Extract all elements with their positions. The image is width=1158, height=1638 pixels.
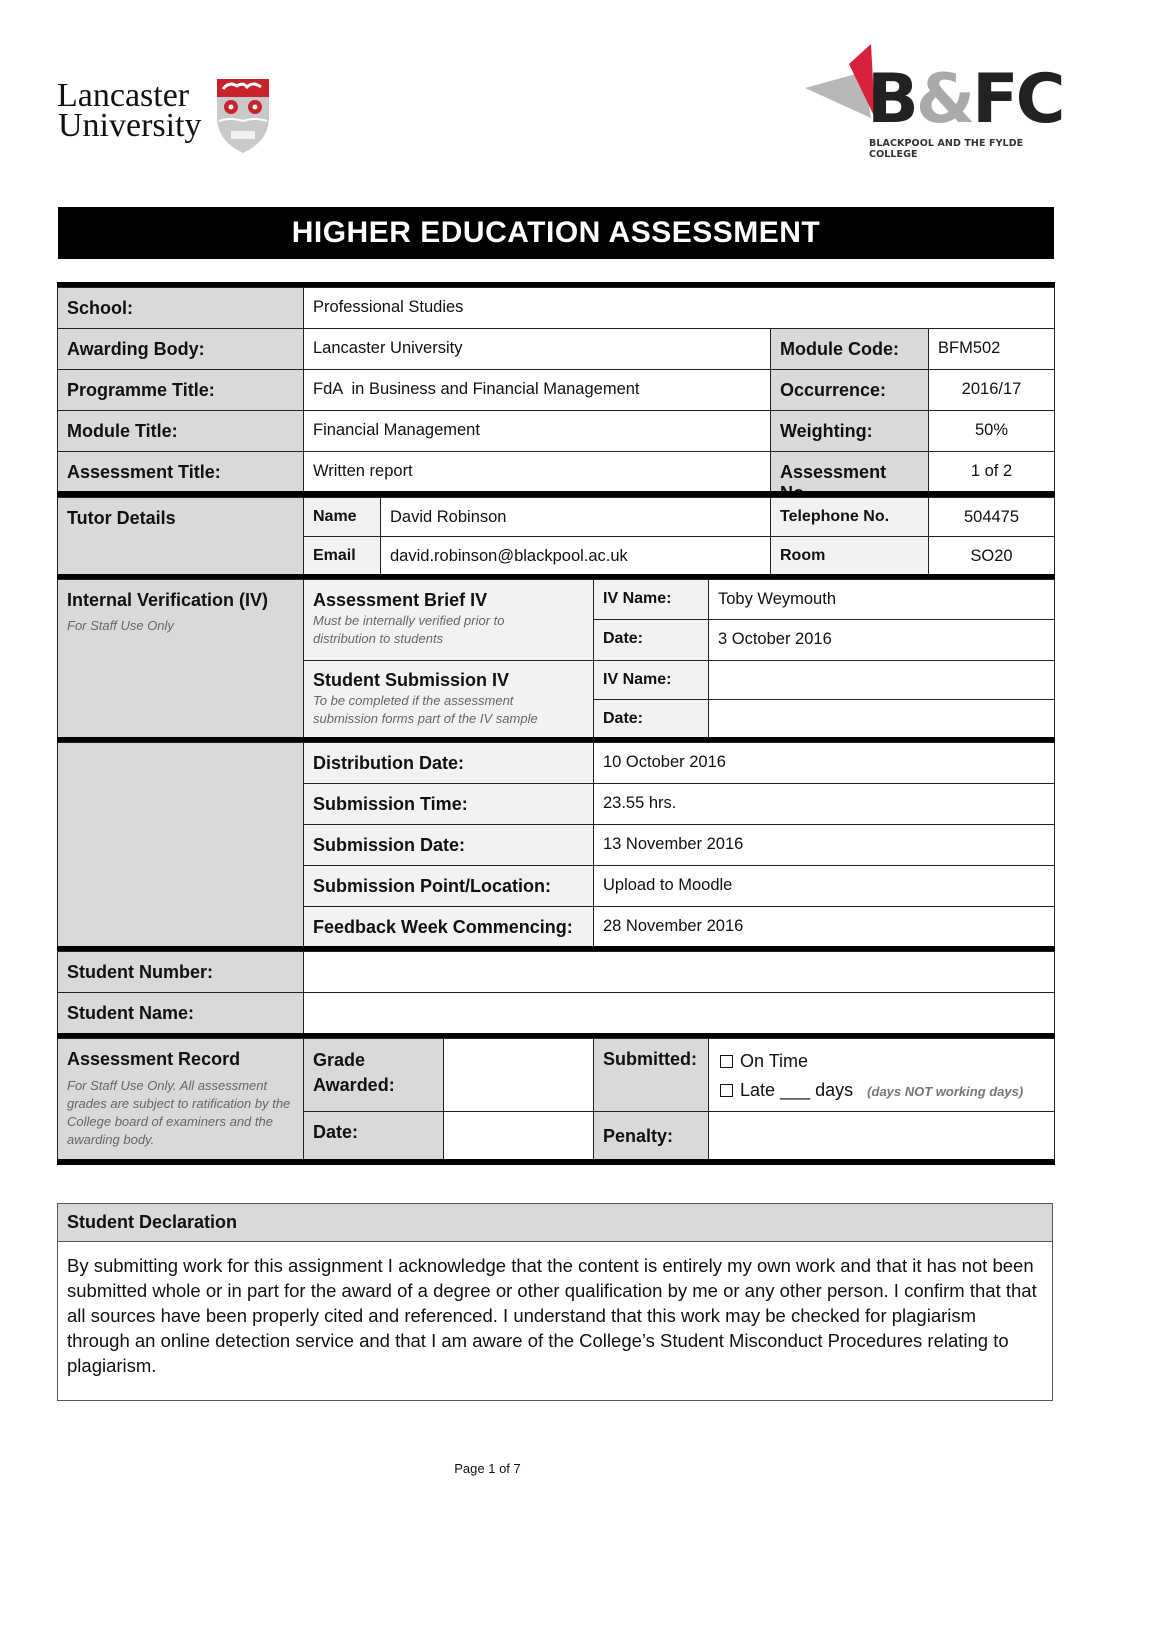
assessment-record-note: For Staff Use Only. All assessment grade… [67, 1077, 294, 1149]
penalty-label: Penalty: [593, 1111, 709, 1161]
tutor-name-value: David Robinson [380, 497, 771, 537]
tutor-details-label: Tutor Details [57, 497, 304, 575]
student-number-label: Student Number: [57, 951, 304, 993]
assessment-title-label: Assessment Title: [57, 451, 304, 493]
awarding-body-label: Awarding Body: [57, 328, 304, 370]
late-option[interactable]: Late ___ days (days NOT working days) [720, 1076, 1043, 1106]
lancaster-crest-icon [215, 77, 271, 155]
grade-awarded-label-text: Grade Awarded: [313, 1048, 403, 1098]
late-checkbox[interactable] [720, 1084, 733, 1097]
grade-awarded-field[interactable] [443, 1038, 594, 1112]
assessment-no-label: Assessment No. [770, 451, 929, 493]
brief-iv-date-label: Date: [593, 619, 709, 661]
brief-iv-name-value: Toby Weymouth [708, 579, 1055, 620]
school-label: School: [57, 287, 304, 329]
table-bottom-rule [57, 1159, 1055, 1165]
record-date-field[interactable] [443, 1111, 594, 1161]
iv-heading: Internal Verification (IV) [67, 590, 294, 611]
bfc-logo: B&FC BLACKPOOL AND THE FYLDE COLLEGE [805, 42, 1060, 154]
submission-iv-name-field[interactable] [708, 660, 1055, 700]
on-time-option[interactable]: On Time [720, 1047, 1043, 1076]
programme-title-value: FdA in Business and Financial Management [303, 369, 771, 411]
declaration-heading: Student Declaration [57, 1203, 1053, 1242]
room-value: SO20 [928, 536, 1055, 575]
page-number: Page 1 of 7 [0, 1461, 975, 1476]
assessment-record-section: Assessment Record For Staff Use Only. Al… [57, 1038, 304, 1161]
weighting-value: 50% [928, 410, 1055, 452]
programme-title-label: Programme Title: [57, 369, 304, 411]
date-row-value: 23.55 hrs. [593, 783, 1055, 825]
bfc-logo-b: B [867, 60, 916, 139]
telephone-value: 504475 [928, 497, 1055, 537]
brief-iv-date-value: 3 October 2016 [708, 619, 1055, 661]
late-days-note: (days NOT working days) [867, 1084, 1023, 1099]
bfc-logo-text: B&FC [867, 70, 1063, 130]
school-value: Professional Studies [303, 287, 1055, 329]
dates-section-spacer [57, 742, 304, 948]
assessment-record-heading: Assessment Record [67, 1049, 294, 1070]
telephone-label: Telephone No. [770, 497, 929, 537]
assessment-brief-iv-title: Assessment Brief IV [313, 590, 584, 611]
date-row-label: Distribution Date: [303, 742, 594, 784]
date-row-value: 10 October 2016 [593, 742, 1055, 784]
lancaster-logo: Lancaster University [57, 80, 272, 158]
tutor-email-label: Email [303, 536, 381, 575]
student-submission-iv: Student Submission IV To be completed if… [303, 660, 594, 739]
assessment-no-value: 1 of 2 [928, 451, 1055, 493]
grade-awarded-label: Grade Awarded: [303, 1038, 444, 1112]
tutor-email-value[interactable]: david.robinson@blackpool.ac.uk [380, 536, 771, 575]
date-row-label: Submission Time: [303, 783, 594, 825]
late-label: Late [740, 1080, 775, 1100]
page-title-text: HIGHER EDUCATION ASSESSMENT [292, 216, 821, 249]
module-title-label: Module Title: [57, 410, 304, 452]
late-days-label: days [815, 1080, 853, 1100]
module-title-value: Financial Management [303, 410, 771, 452]
late-days-blank[interactable]: ___ [780, 1080, 810, 1100]
module-code-label: Module Code: [770, 328, 929, 370]
assessment-title-value: Written report [303, 451, 771, 493]
student-submission-iv-note: To be completed if the assessment submis… [313, 692, 563, 728]
declaration-heading-text: Student Declaration [67, 1212, 237, 1232]
date-row-label: Feedback Week Commencing: [303, 906, 594, 948]
on-time-label: On Time [740, 1051, 808, 1071]
record-date-label: Date: [303, 1111, 444, 1161]
date-row-label: Submission Date: [303, 824, 594, 866]
assessment-brief-iv-note: Must be internally verified prior to dis… [313, 612, 553, 648]
declaration-text: By submitting work for this assignment I… [67, 1255, 1037, 1376]
module-code-value: BFM502 [928, 328, 1055, 370]
student-name-field[interactable] [303, 992, 1055, 1034]
iv-section-label: Internal Verification (IV) For Staff Use… [57, 579, 304, 739]
room-label: Room [770, 536, 929, 575]
submission-iv-date-label: Date: [593, 699, 709, 739]
declaration-body: By submitting work for this assignment I… [57, 1241, 1053, 1401]
assessment-brief-iv: Assessment Brief IV Must be internally v… [303, 579, 594, 661]
submission-iv-date-field[interactable] [708, 699, 1055, 739]
page-title: HIGHER EDUCATION ASSESSMENT [58, 207, 1054, 259]
date-row-value: 28 November 2016 [593, 906, 1055, 948]
student-name-label: Student Name: [57, 992, 304, 1034]
date-row-value: 13 November 2016 [593, 824, 1055, 866]
date-row-value: Upload to Moodle [593, 865, 1055, 907]
bfc-logo-amp: & [916, 60, 972, 139]
brief-iv-name-label: IV Name: [593, 579, 709, 620]
student-number-field[interactable] [303, 951, 1055, 993]
penalty-field[interactable] [708, 1111, 1055, 1161]
tutor-name-label: Name [303, 497, 381, 537]
submitted-label: Submitted: [593, 1038, 709, 1112]
iv-note: For Staff Use Only [67, 617, 294, 635]
awarding-body-value: Lancaster University [303, 328, 771, 370]
submitted-options: On Time Late ___ days (days NOT working … [708, 1038, 1055, 1112]
weighting-label: Weighting: [770, 410, 929, 452]
submission-iv-name-label: IV Name: [593, 660, 709, 700]
student-submission-iv-title: Student Submission IV [313, 670, 584, 691]
occurrence-label: Occurrence: [770, 369, 929, 411]
bfc-logo-fc: FC [972, 60, 1062, 139]
lancaster-logo-line2: University [58, 110, 202, 141]
bfc-logo-subtitle: BLACKPOOL AND THE FYLDE COLLEGE [869, 138, 1060, 160]
on-time-checkbox[interactable] [720, 1055, 733, 1068]
occurrence-value: 2016/17 [928, 369, 1055, 411]
date-row-label: Submission Point/Location: [303, 865, 594, 907]
